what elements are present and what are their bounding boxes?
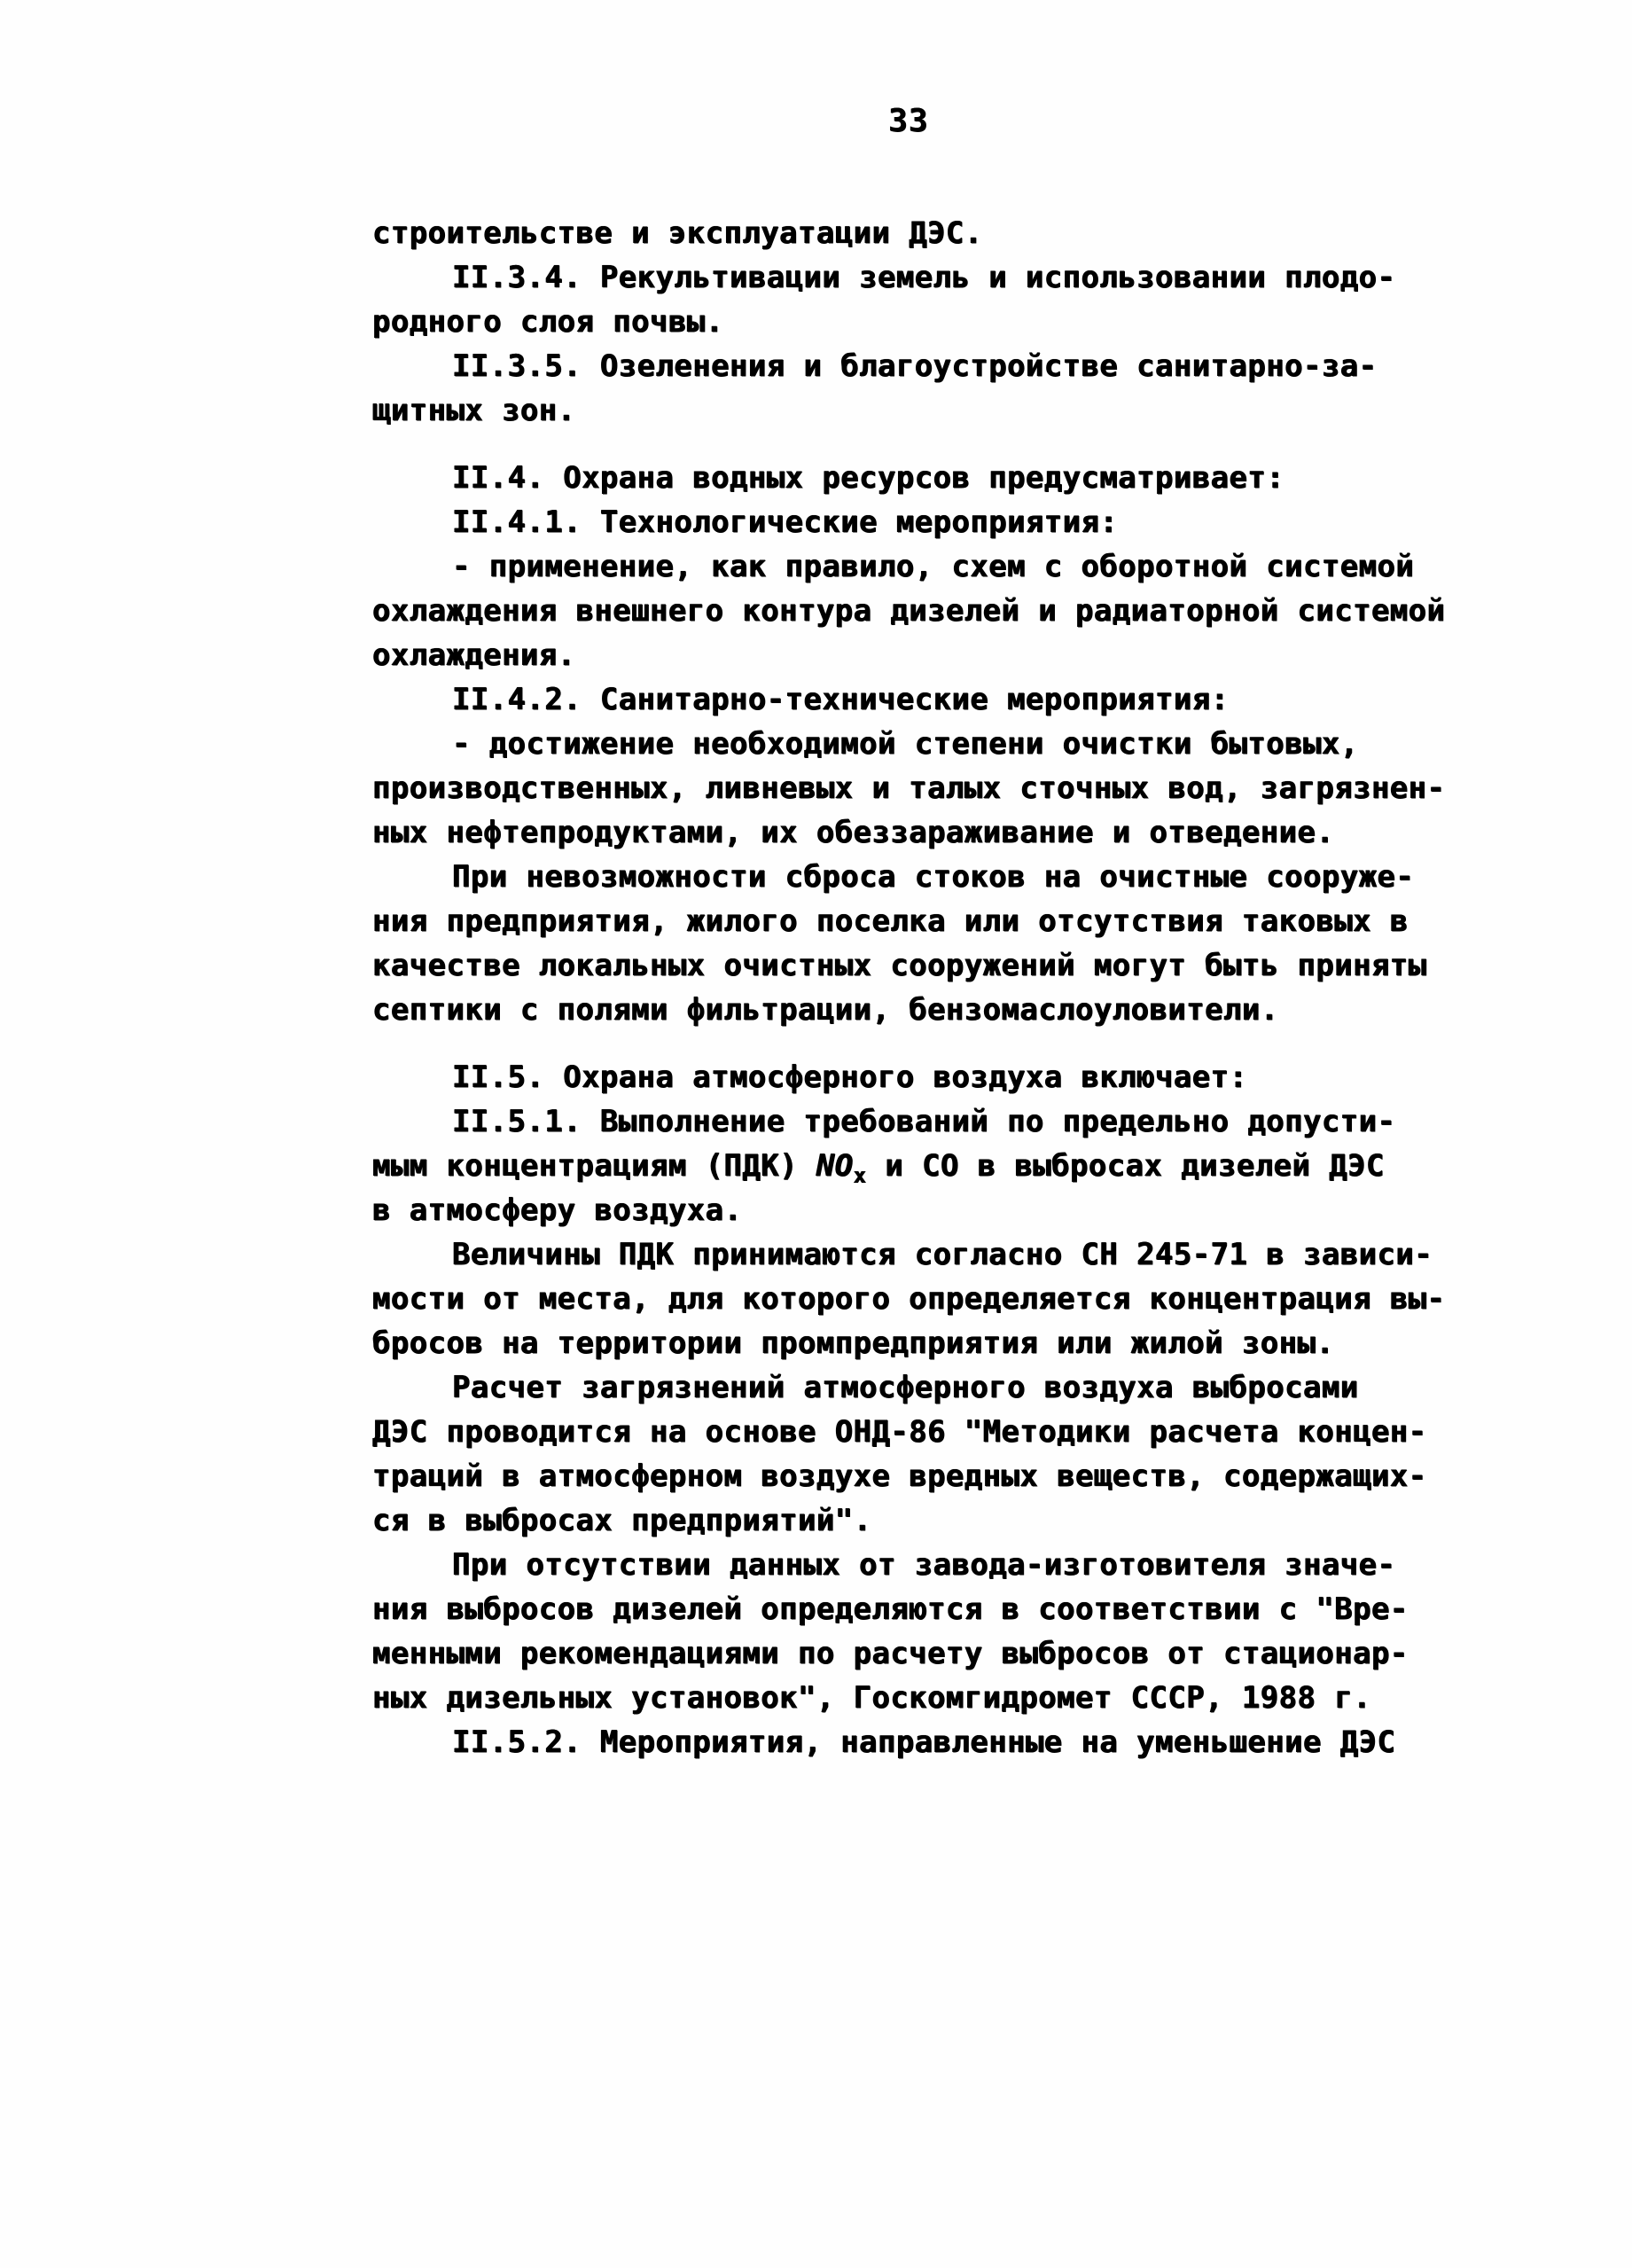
nox-formula-subscript: x — [854, 1163, 867, 1188]
text-line: охлаждения. — [372, 633, 1507, 677]
text-line: II.5. Охрана атмосферного воздуха включа… — [372, 1055, 1507, 1099]
page-number: 33 — [372, 103, 1445, 139]
nox-line-suffix: и СО в выбросах дизелей ДЭС — [866, 1148, 1384, 1184]
text-line: строительстве и эксплуатации ДЭС. — [372, 211, 1507, 255]
nox-formula: NO — [816, 1148, 854, 1184]
text-line: производственных, ливневых и талых сточн… — [372, 766, 1507, 810]
text-line: менными рекомендациями по расчету выброс… — [372, 1631, 1507, 1676]
text-line: ДЭС проводится на основе ОНД-86 "Методик… — [372, 1410, 1507, 1454]
text-line: ных нефтепродуктами, их обеззараживание … — [372, 810, 1507, 855]
scanned-document-page: 33 строительстве и эксплуатации ДЭС. II.… — [0, 0, 1632, 2268]
text-line: - достижение необходимой степени очистки… — [372, 722, 1507, 766]
text-line: При невозможности сброса стоков на очист… — [372, 855, 1507, 899]
text-line: - применение, как правило, схем с оборот… — [372, 544, 1507, 589]
nox-line-prefix: мым концентрациям (ПДК) — [372, 1148, 816, 1184]
text-line: II.3.5. Озеленения и благоустройстве сан… — [372, 344, 1507, 388]
text-line: септики с полями фильтрации, бензомаслоу… — [372, 988, 1507, 1032]
text-line: в атмосферу воздуха. — [372, 1188, 1507, 1232]
text-line: качестве локальных очистных сооружений м… — [372, 943, 1507, 988]
text-line: II.5.2. Мероприятия, направленные на уме… — [372, 1720, 1507, 1764]
text-line: ния предприятия, жилого поселка или отсу… — [372, 899, 1507, 943]
text-line: Расчет загрязнений атмосферного воздуха … — [372, 1365, 1507, 1410]
text-line: Величины ПДК принимаются согласно СН 245… — [372, 1232, 1507, 1277]
text-line: мости от места, для которого определяетс… — [372, 1277, 1507, 1321]
text-line: II.3.4. Рекультивации земель и использов… — [372, 255, 1507, 300]
document-text-block: строительстве и эксплуатации ДЭС. II.3.4… — [372, 211, 1507, 1764]
text-line: ных дизельных установок", Госкомгидромет… — [372, 1676, 1507, 1720]
text-line: ся в выбросах предприятий". — [372, 1498, 1507, 1543]
text-line: II.5.1. Выполнение требований по предель… — [372, 1099, 1507, 1144]
text-line-nox-formula: мым концентрациям (ПДК) NOx и СО в выбро… — [372, 1144, 1507, 1188]
text-line: II.4. Охрана водных ресурсов предусматри… — [372, 456, 1507, 500]
text-line: охлаждения внешнего контура дизелей и ра… — [372, 589, 1507, 633]
text-line: родного слоя почвы. — [372, 300, 1507, 344]
text-line: щитных зон. — [372, 388, 1507, 433]
text-line: траций в атмосферном воздухе вредных вещ… — [372, 1454, 1507, 1498]
text-line: II.4.2. Санитарно-технические мероприяти… — [372, 677, 1507, 722]
text-line: ния выбросов дизелей определяются в соот… — [372, 1587, 1507, 1631]
text-line: II.4.1. Технологические мероприятия: — [372, 500, 1507, 544]
text-line: При отсутствии данных от завода-изготови… — [372, 1543, 1507, 1587]
text-line: бросов на территории промпредприятия или… — [372, 1321, 1507, 1365]
